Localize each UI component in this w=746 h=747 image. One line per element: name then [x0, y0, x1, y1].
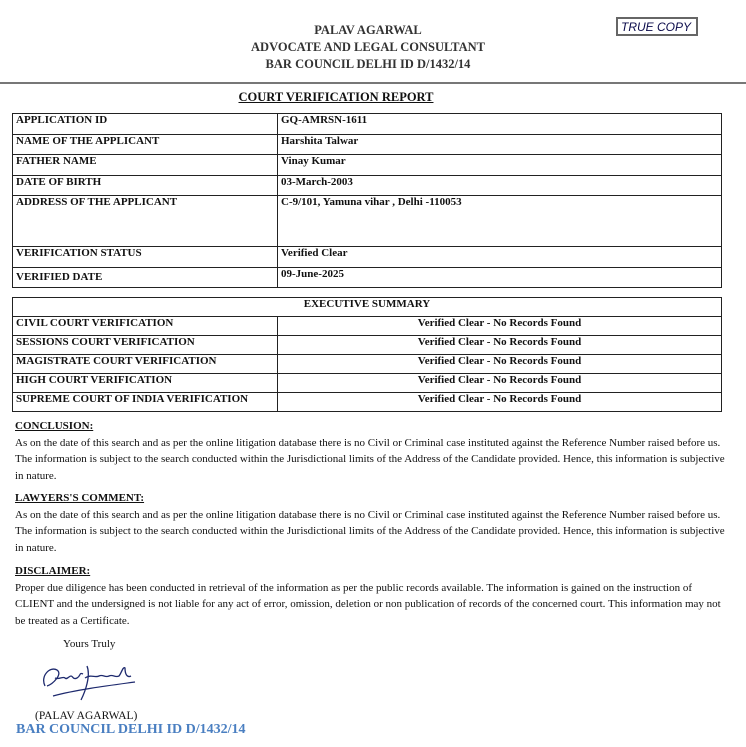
court-result: Verified Clear - No Records Found — [278, 393, 722, 412]
summary-header-row: EXECUTIVE SUMMARY — [13, 298, 722, 317]
court-label: SUPREME COURT OF INDIA VERIFICATION — [13, 393, 278, 412]
info-value: 03-March-2003 — [278, 175, 722, 196]
court-label: CIVIL COURT VERIFICATION — [13, 317, 278, 336]
info-label: VERIFICATION STATUS — [13, 247, 278, 268]
info-value: Verified Clear — [278, 247, 722, 268]
info-value: C-9/101, Yamuna vihar , Delhi -110053 — [278, 196, 722, 247]
report-title: COURT VERIFICATION REPORT — [0, 90, 672, 105]
lawyers-comment-section: LAWYERS'S COMMENT: As on the date of thi… — [15, 490, 725, 556]
table-row: CIVIL COURT VERIFICATIONVerified Clear -… — [13, 317, 722, 336]
table-row: VERIFICATION STATUSVerified Clear — [13, 247, 722, 268]
signature-icon — [35, 656, 145, 706]
lawyers-comment-title: LAWYERS'S COMMENT: — [15, 490, 725, 507]
court-label: MAGISTRATE COURT VERIFICATION — [13, 355, 278, 374]
info-value: GQ-AMRSN-1611 — [278, 114, 722, 135]
table-row: HIGH COURT VERIFICATIONVerified Clear - … — [13, 374, 722, 393]
info-label: APPLICATION ID — [13, 114, 278, 135]
court-result: Verified Clear - No Records Found — [278, 355, 722, 374]
table-row: DATE OF BIRTH03-March-2003 — [13, 175, 722, 196]
bar-council-id: BAR COUNCIL DELHI ID D/1432/14 — [0, 56, 736, 73]
header-divider — [0, 82, 746, 84]
table-row: SUPREME COURT OF INDIA VERIFICATIONVerif… — [13, 393, 722, 412]
conclusion-text: As on the date of this search and as per… — [15, 435, 725, 485]
info-value: 09-June-2025 — [278, 267, 722, 288]
lawyers-comment-text: As on the date of this search and as per… — [15, 507, 725, 557]
info-label: NAME OF THE APPLICANT — [13, 134, 278, 155]
disclaimer-section: DISCLAIMER: Proper due diligence has bee… — [15, 563, 725, 629]
table-row: FATHER NAMEVinay Kumar — [13, 155, 722, 176]
table-row: MAGISTRATE COURT VERIFICATIONVerified Cl… — [13, 355, 722, 374]
signatory-bar-id: BAR COUNCIL DELHI ID D/1432/14 — [16, 722, 245, 738]
applicant-info-table: APPLICATION IDGQ-AMRSN-1611 NAME OF THE … — [12, 113, 722, 288]
court-label: SESSIONS COURT VERIFICATION — [13, 336, 278, 355]
court-label: HIGH COURT VERIFICATION — [13, 374, 278, 393]
court-result: Verified Clear - No Records Found — [278, 317, 722, 336]
disclaimer-text: Proper due diligence has been conducted … — [15, 580, 725, 630]
table-row: APPLICATION IDGQ-AMRSN-1611 — [13, 114, 722, 135]
court-result: Verified Clear - No Records Found — [278, 336, 722, 355]
table-row: VERIFIED DATE09-June-2025 — [13, 267, 722, 288]
table-row: NAME OF THE APPLICANTHarshita Talwar — [13, 134, 722, 155]
court-result: Verified Clear - No Records Found — [278, 374, 722, 393]
conclusion-title: CONCLUSION: — [15, 418, 725, 435]
closing-salutation: Yours Truly — [63, 638, 115, 650]
info-value: Vinay Kumar — [278, 155, 722, 176]
info-label: FATHER NAME — [13, 155, 278, 176]
info-label: ADDRESS OF THE APPLICANT — [13, 196, 278, 247]
info-label: VERIFIED DATE — [13, 267, 278, 288]
signatory-name: (PALAV AGARWAL) — [35, 710, 137, 722]
info-value: Harshita Talwar — [278, 134, 722, 155]
advocate-designation: ADVOCATE AND LEGAL CONSULTANT — [0, 39, 736, 56]
table-row: ADDRESS OF THE APPLICANTC-9/101, Yamuna … — [13, 196, 722, 247]
table-row: SESSIONS COURT VERIFICATIONVerified Clea… — [13, 336, 722, 355]
info-label: DATE OF BIRTH — [13, 175, 278, 196]
true-copy-stamp: TRUE COPY — [616, 17, 698, 36]
summary-title: EXECUTIVE SUMMARY — [13, 298, 722, 317]
conclusion-section: CONCLUSION: As on the date of this searc… — [15, 418, 725, 484]
disclaimer-title: DISCLAIMER: — [15, 563, 725, 580]
executive-summary-table: EXECUTIVE SUMMARY CIVIL COURT VERIFICATI… — [12, 297, 722, 412]
